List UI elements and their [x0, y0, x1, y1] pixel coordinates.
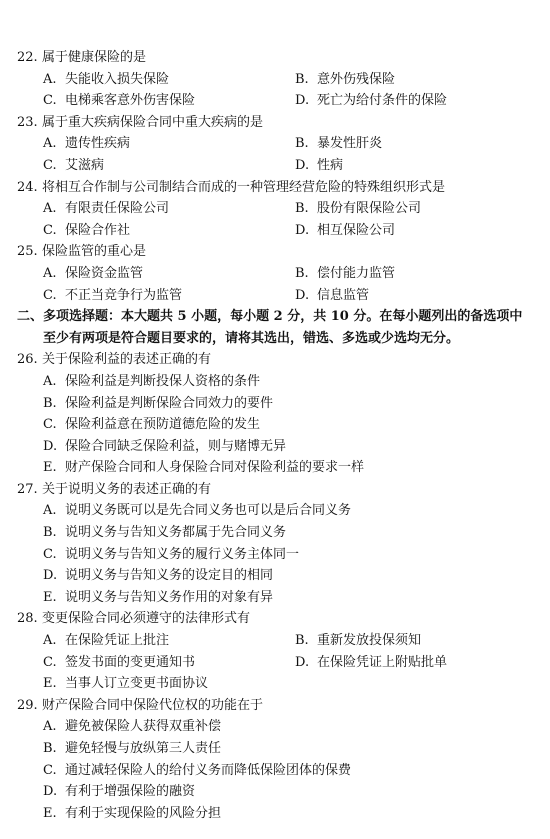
question-number: 22. [17, 47, 42, 69]
question-number: 24. [17, 177, 42, 199]
option-text: 电梯乘客意外伤害保险 [65, 93, 195, 108]
option-text: 当事人订立变更书面协议 [65, 676, 208, 691]
option-b: B.保险利益是判断保险合同效力的要件 [0, 393, 550, 415]
option-text: 偿付能力监管 [317, 266, 395, 281]
option-c: C.电梯乘客意外伤害保险 [43, 90, 295, 112]
option-row: C.电梯乘客意外伤害保险D.死亡为给付条件的保险 [0, 90, 550, 112]
option-letter: C. [43, 155, 65, 177]
option-text: 艾滋病 [65, 158, 104, 173]
option-row: A.失能收入损失保险B.意外伤残保险 [0, 69, 550, 91]
option-c: C.保险利益意在预防道德危险的发生 [0, 414, 550, 436]
option-text: 说明义务既可以是先合同义务也可以是后合同义务 [65, 503, 351, 518]
option-letter: B. [295, 263, 317, 285]
question-28: 28.变更保险合同必须遵守的法律形式有 [0, 608, 550, 630]
option-d: D.相互保险公司 [295, 220, 395, 242]
option-letter: A. [43, 198, 65, 220]
option-letter: B. [295, 198, 317, 220]
option-row: A.在保险凭证上批注B.重新发放投保须知 [0, 630, 550, 652]
option-letter: B. [43, 738, 65, 760]
option-text: 财产保险合同和人身保险合同对保险利益的要求一样 [65, 460, 364, 475]
question-stem: 财产保险合同中保险代位权的功能在于 [42, 698, 263, 713]
option-letter: C. [43, 285, 65, 307]
option-letter: C. [43, 220, 65, 242]
option-text: 保险合同缺乏保险利益，则与赌博无异 [65, 439, 286, 454]
option-b: B.重新发放投保须知 [295, 630, 421, 652]
option-text: 说明义务与告知义务的设定目的相同 [65, 568, 273, 583]
option-letter: A. [43, 371, 65, 393]
option-row: C.签发书面的变更通知书D.在保险凭证上附贴批单 [0, 652, 550, 674]
option-a: A.说明义务既可以是先合同义务也可以是后合同义务 [0, 500, 550, 522]
option-text: 保险利益是判断投保人资格的条件 [65, 374, 260, 389]
option-b: B.股份有限保险公司 [295, 198, 421, 220]
option-b: B.说明义务与告知义务都属于先合同义务 [0, 522, 550, 544]
option-letter: C. [43, 414, 65, 436]
option-letter: D. [295, 155, 317, 177]
option-text: 说明义务与告知义务的履行义务主体同一 [65, 547, 299, 562]
option-a: A.有限责任保险公司 [43, 198, 295, 220]
option-text: 保险资金监管 [65, 266, 143, 281]
option-a: A.在保险凭证上批注 [43, 630, 295, 652]
option-b: B.避免轻慢与放纵第三人责任 [0, 738, 550, 760]
option-letter: D. [43, 565, 65, 587]
question-stem: 关于说明义务的表述正确的有 [42, 482, 211, 497]
option-text: 说明义务与告知义务作用的对象有异 [65, 590, 273, 605]
option-d: D.说明义务与告知义务的设定目的相同 [0, 565, 550, 587]
option-letter: A. [43, 500, 65, 522]
question-number: 25. [17, 241, 42, 263]
option-a: A.遗传性疾病 [43, 133, 295, 155]
option-e: E.财产保险合同和人身保险合同对保险利益的要求一样 [0, 457, 550, 479]
option-letter: C. [43, 760, 65, 782]
option-letter: A. [43, 133, 65, 155]
option-letter: A. [43, 263, 65, 285]
question-stem: 保险监管的重心是 [42, 244, 146, 259]
option-letter: A. [43, 69, 65, 91]
option-text: 说明义务与告知义务都属于先合同义务 [65, 525, 286, 540]
option-text: 通过减轻保险人的给付义务而降低保险团体的保费 [65, 763, 351, 778]
option-a: A.保险资金监管 [43, 263, 295, 285]
option-c: C.保险合作社 [43, 220, 295, 242]
option-c: C.艾滋病 [43, 155, 295, 177]
question-stem: 关于保险利益的表述正确的有 [42, 352, 211, 367]
option-text: 死亡为给付条件的保险 [317, 93, 447, 108]
option-row: C.艾滋病D.性病 [0, 155, 550, 177]
option-text: 避免轻慢与放纵第三人责任 [65, 741, 221, 756]
question-25: 25.保险监管的重心是 [0, 241, 550, 263]
option-b: B.意外伤残保险 [295, 69, 395, 91]
option-letter: C. [43, 652, 65, 674]
option-b: B.暴发性肝炎 [295, 133, 382, 155]
question-stem: 属于重大疾病保险合同中重大疾病的是 [42, 115, 263, 130]
option-text: 失能收入损失保险 [65, 72, 169, 87]
option-text: 暴发性肝炎 [317, 136, 382, 151]
question-number: 26. [17, 349, 42, 371]
option-letter: B. [295, 69, 317, 91]
question-29: 29.财产保险合同中保险代位权的功能在于 [0, 695, 550, 717]
option-text: 信息监管 [317, 288, 369, 303]
option-letter: B. [295, 133, 317, 155]
question-number: 29. [17, 695, 42, 717]
option-d: D.信息监管 [295, 285, 369, 307]
option-letter: E. [43, 673, 65, 695]
option-text: 股份有限保险公司 [317, 201, 421, 216]
exam-page: 22.属于健康保险的是 A.失能收入损失保险B.意外伤残保险 C.电梯乘客意外伤… [0, 47, 550, 824]
option-text: 避免被保险人获得双重补偿 [65, 719, 221, 734]
option-letter: D. [43, 436, 65, 458]
option-letter: D. [43, 781, 65, 803]
option-letter: B. [295, 630, 317, 652]
question-26: 26.关于保险利益的表述正确的有 [0, 349, 550, 371]
option-d: D.死亡为给付条件的保险 [295, 90, 447, 112]
question-stem: 属于健康保险的是 [42, 50, 146, 65]
option-text: 不正当竞争行为监管 [65, 288, 182, 303]
option-text: 签发书面的变更通知书 [65, 655, 195, 670]
option-text: 有利于实现保险的风险分担 [65, 806, 221, 821]
option-letter: E. [43, 457, 65, 479]
option-row: C.不正当竞争行为监管D.信息监管 [0, 285, 550, 307]
option-letter: B. [43, 393, 65, 415]
option-letter: C. [43, 90, 65, 112]
option-d: D.保险合同缺乏保险利益，则与赌博无异 [0, 436, 550, 458]
option-text: 在保险凭证上附贴批单 [317, 655, 447, 670]
option-c: C.签发书面的变更通知书 [43, 652, 295, 674]
option-a: A.保险利益是判断投保人资格的条件 [0, 371, 550, 393]
option-text: 相互保险公司 [317, 223, 395, 238]
option-text: 遗传性疾病 [65, 136, 130, 151]
option-text: 有利于增强保险的融资 [65, 784, 195, 799]
option-text: 性病 [317, 158, 343, 173]
option-c: C.不正当竞争行为监管 [43, 285, 295, 307]
question-number: 23. [17, 112, 42, 134]
option-row: A.遗传性疾病B.暴发性肝炎 [0, 133, 550, 155]
option-text: 重新发放投保须知 [317, 633, 421, 648]
option-text: 在保险凭证上批注 [65, 633, 169, 648]
option-row: A.保险资金监管B.偿付能力监管 [0, 263, 550, 285]
option-c: C.通过减轻保险人的给付义务而降低保险团体的保费 [0, 760, 550, 782]
option-text: 有限责任保险公司 [65, 201, 169, 216]
option-text: 保险合作社 [65, 223, 130, 238]
question-22: 22.属于健康保险的是 [0, 47, 550, 69]
option-d: D.在保险凭证上附贴批单 [295, 652, 447, 674]
question-stem: 变更保险合同必须遵守的法律形式有 [42, 611, 250, 626]
section-instructions: 至少有两项是符合题目要求的，请将其选出，错选、多选或少选均无分。 [0, 328, 550, 350]
option-text: 保险利益是判断保险合同效力的要件 [65, 396, 273, 411]
option-a: A.失能收入损失保险 [43, 69, 295, 91]
option-c: C.说明义务与告知义务的履行义务主体同一 [0, 544, 550, 566]
option-a: A.避免被保险人获得双重补偿 [0, 716, 550, 738]
option-letter: C. [43, 544, 65, 566]
option-letter: D. [295, 220, 317, 242]
option-letter: D. [295, 90, 317, 112]
option-text: 意外伤残保险 [317, 72, 395, 87]
option-letter: A. [43, 716, 65, 738]
option-letter: B. [43, 522, 65, 544]
option-text: 保险利益意在预防道德危险的发生 [65, 417, 260, 432]
question-stem: 将相互合作制与公司制结合而成的一种管理经营危险的特殊组织形式是 [42, 180, 445, 195]
option-e: E.有利于实现保险的风险分担 [0, 803, 550, 825]
question-27: 27.关于说明义务的表述正确的有 [0, 479, 550, 501]
option-letter: D. [295, 285, 317, 307]
option-row: C.保险合作社D.相互保险公司 [0, 220, 550, 242]
question-24: 24.将相互合作制与公司制结合而成的一种管理经营危险的特殊组织形式是 [0, 177, 550, 199]
option-d: D.有利于增强保险的融资 [0, 781, 550, 803]
question-number: 28. [17, 608, 42, 630]
question-number: 27. [17, 479, 42, 501]
option-letter: E. [43, 803, 65, 825]
option-letter: A. [43, 630, 65, 652]
option-letter: D. [295, 652, 317, 674]
option-b: B.偿付能力监管 [295, 263, 395, 285]
section-heading: 二、多项选择题：本大题共 5 小题，每小题 2 分，共 10 分。在每小题列出的… [0, 306, 550, 328]
option-e: E.当事人订立变更书面协议 [0, 673, 550, 695]
option-row: A.有限责任保险公司B.股份有限保险公司 [0, 198, 550, 220]
question-23: 23.属于重大疾病保险合同中重大疾病的是 [0, 112, 550, 134]
option-e: E.说明义务与告知义务作用的对象有异 [0, 587, 550, 609]
option-d: D.性病 [295, 155, 343, 177]
option-letter: E. [43, 587, 65, 609]
